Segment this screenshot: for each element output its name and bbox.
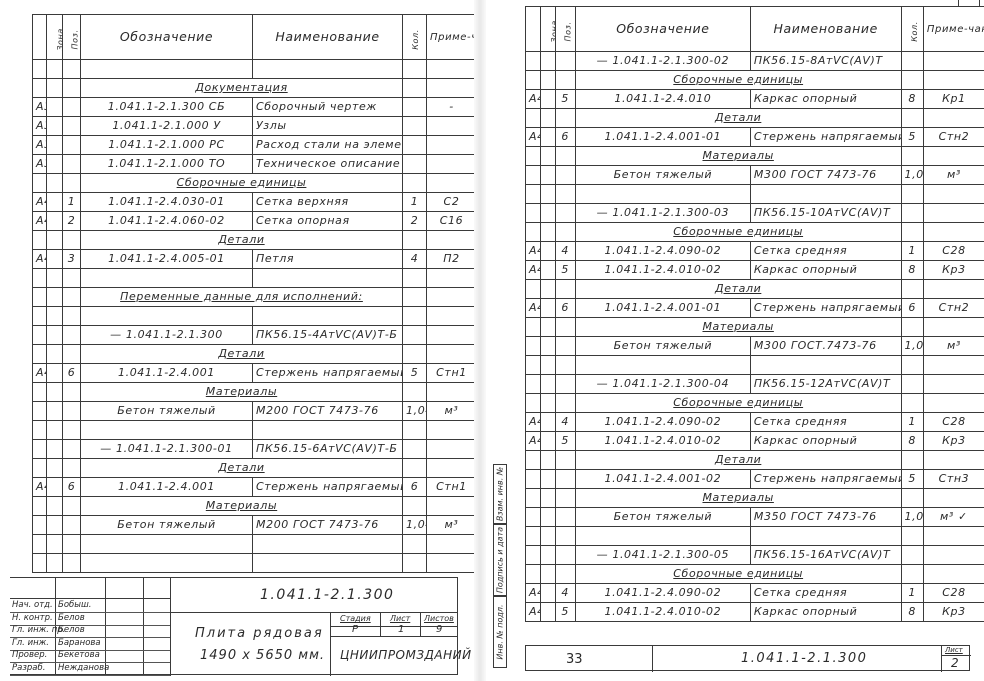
blank-row — [526, 527, 984, 546]
spec-sheet-2: ФорматЗонаПоз.ОбозначениеНаименованиеКол… — [493, 0, 984, 681]
cell-name: Расход стали на элемент — [253, 136, 403, 155]
cell-position — [63, 326, 81, 345]
cell-zone — [47, 516, 63, 535]
cell-designation: 1.041.1-2.4.010 — [575, 90, 750, 109]
cell-quantity: 4 — [403, 250, 427, 269]
cell-quantity: 8 — [901, 261, 923, 280]
cell-name: ПК56.15-10АтⅤС(АⅤ)Т — [750, 204, 901, 223]
table-header: ФорматЗонаПоз.ОбозначениеНаименованиеКол… — [526, 7, 984, 52]
cell-note: С28 — [923, 584, 984, 603]
cell-name: ПК56.15-8АтⅤС(АⅤ)Т — [750, 52, 901, 71]
cell-designation: Бетон тяжелый — [575, 337, 750, 356]
cell-designation: 1.041.1-2.1.000 РС — [81, 136, 253, 155]
section-row: Материалы — [526, 147, 984, 166]
cell-position: 4 — [555, 413, 575, 432]
cell-note — [923, 52, 984, 71]
cell-name: Стержень напрягаемый — [750, 128, 901, 147]
section-row: Детали — [33, 231, 477, 250]
cell-designation: 1.041.1-2.4.010-02 — [575, 603, 750, 622]
cell-position — [63, 516, 81, 535]
cell-quantity: 1 — [901, 413, 923, 432]
cell-position: 6 — [63, 478, 81, 497]
table-row: Бетон тяжелыйМ200 ГОСТ 7473-761,04м³ — [33, 402, 477, 421]
signature-row: Нач. отд.Бобыш. — [10, 600, 170, 613]
header-designation: Обозначение — [575, 7, 750, 52]
cell-zone — [47, 478, 63, 497]
signature-name: Белов — [58, 625, 85, 635]
cell-designation: 1.041.1-2.4.090-02 — [575, 242, 750, 261]
cell-zone — [47, 98, 63, 117]
cell-position — [555, 375, 575, 394]
cell-note — [427, 326, 477, 345]
blank-row — [33, 60, 477, 79]
cell-position: 4 — [555, 242, 575, 261]
cell-quantity: 5 — [901, 470, 923, 489]
cell-name: Каркас опорный — [750, 261, 901, 280]
signature-role: Гл. инж. — [12, 638, 49, 648]
cell-quantity: 1,04 — [901, 337, 923, 356]
cell-name: ПК56.15-12АтⅤС(АⅤ)Т — [750, 375, 901, 394]
table-header: ФорматЗонаПоз.ОбозначениеНаименованиеКол… — [33, 15, 477, 60]
section-row: Материалы — [33, 383, 477, 402]
cell-quantity: 2 — [403, 212, 427, 231]
signature-name: Бобыш. — [58, 600, 91, 610]
cell-position — [63, 117, 81, 136]
cell-position: 5 — [555, 261, 575, 280]
cell-position — [555, 166, 575, 185]
cell-note — [427, 440, 477, 459]
cell-quantity — [901, 204, 923, 223]
cell-note — [427, 117, 477, 136]
section-heading: Материалы — [575, 318, 901, 337]
specification-table: ФорматЗонаПоз.ОбозначениеНаименованиеКол… — [525, 6, 984, 622]
cell-format — [33, 440, 47, 459]
signature-name: Нежданова — [58, 663, 109, 673]
cell-name: Техническое описание — [253, 155, 403, 174]
signature-row: Провер.Бекетова — [10, 650, 170, 663]
section-heading: Сборочные единицы — [81, 174, 403, 193]
cell-name: Стержень напрягаемый — [253, 364, 403, 383]
section-row: Детали — [33, 345, 477, 364]
cell-name: Сетка опорная — [253, 212, 403, 231]
cell-zone — [47, 136, 63, 155]
cell-designation: — 1.041.1-2.1.300-04 — [575, 375, 750, 394]
cell-position: 6 — [555, 299, 575, 318]
document-title: Плита рядовая — [195, 626, 324, 641]
inventory-number: 33 — [566, 652, 583, 667]
signature-row: Н. контр.Белов — [10, 613, 170, 626]
section-row: Детали — [33, 459, 477, 478]
cell-designation: 1.041.1-2.1.000 ТО — [81, 155, 253, 174]
table-row: Бетон тяжелыйМ300 ГОСТ.7473-761,04м³ — [526, 337, 984, 356]
cell-note — [427, 136, 477, 155]
cell-note — [923, 546, 984, 565]
cell-format: А4 — [33, 193, 47, 212]
cell-format: А4 — [33, 478, 47, 497]
header-zone: Зона — [47, 15, 63, 60]
cell-quantity: 1 — [901, 242, 923, 261]
header-zone: Зона — [541, 7, 555, 52]
cell-designation: 1.041.1-2.4.001 — [81, 364, 253, 383]
section-row: Сборочные единицы — [526, 223, 984, 242]
cell-name: Сетка верхняя — [253, 193, 403, 212]
stage-value: Р — [352, 624, 358, 635]
cell-zone — [47, 402, 63, 421]
header-qty: Кол. — [403, 15, 427, 60]
cell-note: С28 — [923, 413, 984, 432]
table-row: А451.041.1-2.4.010-02Каркас опорный8Кр3 — [526, 603, 984, 622]
section-heading: Материалы — [575, 147, 901, 166]
cell-zone — [47, 440, 63, 459]
cell-position — [63, 440, 81, 459]
cell-note: Кр3 — [923, 261, 984, 280]
cell-name: Стержень напрягаемый — [750, 299, 901, 318]
cell-note: П2 — [427, 250, 477, 269]
section-heading: Сборочные единицы — [575, 394, 901, 413]
section-heading: Детали — [81, 345, 403, 364]
table-row: — 1.041.1-2.1.300ПК56.15-4АтⅤС(АⅤ)Т-Б — [33, 326, 477, 345]
section-row: Сборочные единицы — [33, 174, 477, 193]
table-row: 1.041.1-2.4.001-02Стержень напрягаемый5С… — [526, 470, 984, 489]
cell-name: Каркас опорный — [750, 432, 901, 451]
cell-designation: 1.041.1-2.1.300 СБ — [81, 98, 253, 117]
organization-name: ЦНИИПРОМЗДАНИЙ — [340, 648, 472, 662]
cell-designation: 1.041.1-2.4.030-01 — [81, 193, 253, 212]
cell-position: 5 — [555, 90, 575, 109]
cell-note: м³ — [923, 337, 984, 356]
table-row: А451.041.1-2.4.010-02Каркас опорный8Кр3 — [526, 261, 984, 280]
cell-name: М200 ГОСТ 7473-76 — [253, 516, 403, 535]
cell-format — [526, 52, 541, 71]
cell-quantity: 6 — [901, 299, 923, 318]
section-row: Материалы — [526, 318, 984, 337]
cell-zone — [541, 375, 555, 394]
section-heading: Детали — [575, 451, 901, 470]
cell-designation: 1.041.1-2.4.005-01 — [81, 250, 253, 269]
cell-zone — [47, 155, 63, 174]
cell-designation: 1.041.1-2.4.001-02 — [575, 470, 750, 489]
section-row: Детали — [526, 451, 984, 470]
cell-designation: Бетон тяжелый — [81, 516, 253, 535]
table-row: Бетон тяжелыйМ300 ГОСТ 7473-761,04м³ — [526, 166, 984, 185]
cell-name: М300 ГОСТ.7473-76 — [750, 337, 901, 356]
section-row: Сборочные единицы — [526, 394, 984, 413]
header-pos: Поз. — [555, 7, 575, 52]
cell-note: Стн1 — [427, 478, 477, 497]
cell-position: 4 — [555, 584, 575, 603]
cell-zone — [541, 603, 555, 622]
section-row: Сборочные единицы — [526, 71, 984, 90]
table-row: Бетон тяжелыйМ350 ГОСТ 7473-761,04м³ ✓ — [526, 508, 984, 527]
cell-name: ПК56.15-4АтⅤС(АⅤ)Т-Б — [253, 326, 403, 345]
cell-format: А4 — [526, 299, 541, 318]
header-name: Наименование — [253, 15, 403, 60]
document-code: 1.041.1-2.1.300 — [741, 651, 867, 666]
sheet-label: Лист — [945, 646, 963, 654]
cell-quantity: 1 — [403, 193, 427, 212]
page-gutter — [474, 0, 486, 681]
section-row: Детали — [526, 109, 984, 128]
cell-quantity: 8 — [901, 90, 923, 109]
header-note: Приме-чание — [427, 15, 477, 60]
section-row: Материалы — [526, 489, 984, 508]
section-heading: Сборочные единицы — [575, 565, 901, 584]
cell-name: Каркас опорный — [750, 603, 901, 622]
cell-format: А3 — [33, 117, 47, 136]
cell-designation: 1.041.1-2.4.060-02 — [81, 212, 253, 231]
cell-designation: 1.041.1-2.4.010-02 — [575, 261, 750, 280]
table-row: А421.041.1-2.4.060-02Сетка опорная2С16 — [33, 212, 477, 231]
cell-format — [33, 402, 47, 421]
header-format: Формат — [33, 15, 47, 60]
cell-note: м³ — [427, 516, 477, 535]
cell-quantity — [403, 117, 427, 136]
section-heading: Материалы — [575, 489, 901, 508]
cell-quantity: 1 — [901, 584, 923, 603]
sheets-value: 9 — [436, 624, 442, 635]
cell-position — [555, 204, 575, 223]
section-heading: Сборочные единицы — [575, 71, 901, 90]
signature-role: Провер. — [12, 650, 47, 660]
cell-note: Стн1 — [427, 364, 477, 383]
signature-row: Гл. инж.Баранова — [10, 638, 170, 651]
cell-zone — [541, 52, 555, 71]
cell-name: М200 ГОСТ 7473-76 — [253, 402, 403, 421]
cell-quantity — [403, 155, 427, 174]
cell-format: А4 — [526, 128, 541, 147]
cell-zone — [541, 337, 555, 356]
cell-position: 3 — [63, 250, 81, 269]
margin-label-signature-date: Подпись и дата — [493, 524, 507, 596]
cell-note: Стн3 — [923, 470, 984, 489]
cell-note: Кр3 — [923, 432, 984, 451]
cell-format: А4 — [526, 432, 541, 451]
cell-name: Петля — [253, 250, 403, 269]
cell-format — [526, 337, 541, 356]
cell-zone — [47, 364, 63, 383]
table-row: А451.041.1-2.4.010Каркас опорный8Кр1 — [526, 90, 984, 109]
cell-quantity — [403, 98, 427, 117]
sheets-label: Листов — [424, 614, 454, 623]
section-heading: Материалы — [81, 383, 403, 402]
cell-note: м³ — [923, 166, 984, 185]
cell-designation: — 1.041.1-2.1.300-01 — [81, 440, 253, 459]
table-row: — 1.041.1-2.1.300-01ПК56.15-6АтⅤС(АⅤ)Т-Б — [33, 440, 477, 459]
cell-quantity — [403, 440, 427, 459]
cell-quantity: 6 — [403, 478, 427, 497]
cell-designation: 1.041.1-2.4.090-02 — [575, 413, 750, 432]
margin-label-original-inv: Инв. № подл. — [493, 596, 507, 668]
table-row: — 1.041.1-2.1.300-02ПК56.15-8АтⅤС(АⅤ)Т — [526, 52, 984, 71]
section-heading: Детали — [575, 109, 901, 128]
sheet-number: 2 — [951, 656, 959, 670]
section-row: Материалы — [33, 497, 477, 516]
cell-name: ПК56.15-16АтⅤС(АⅤ)Т — [750, 546, 901, 565]
cell-position: 6 — [63, 364, 81, 383]
cell-zone — [47, 193, 63, 212]
cell-zone — [541, 470, 555, 489]
cell-zone — [541, 299, 555, 318]
cell-zone — [541, 546, 555, 565]
section-heading: Материалы — [81, 497, 403, 516]
cell-designation: 1.041.1-2.4.001-01 — [575, 128, 750, 147]
table-row: А431.041.1-2.4.005-01Петля4П2 — [33, 250, 477, 269]
cell-name: Сетка средняя — [750, 584, 901, 603]
cell-quantity: 1,04 — [403, 516, 427, 535]
cell-position: 2 — [63, 212, 81, 231]
cell-position — [555, 337, 575, 356]
header-format: Формат — [526, 7, 541, 52]
table-row: — 1.041.1-2.1.300-03ПК56.15-10АтⅤС(АⅤ)Т — [526, 204, 984, 223]
cell-quantity: 8 — [901, 432, 923, 451]
cell-format — [33, 326, 47, 345]
cell-quantity: 1,04 — [901, 508, 923, 527]
title-block: 1.041.1-2.1.300 Плита рядовая 1490 x 565… — [10, 577, 458, 675]
cell-note: - — [427, 98, 477, 117]
table-row: А31.041.1-2.1.000 РСРасход стали на элем… — [33, 136, 477, 155]
cell-format: А3 — [33, 155, 47, 174]
cell-quantity: 5 — [901, 128, 923, 147]
table-row: Бетон тяжелыйМ200 ГОСТ 7473-761,04м³ — [33, 516, 477, 535]
cell-format: А4 — [526, 242, 541, 261]
section-row: Детали — [526, 280, 984, 299]
cell-zone — [47, 117, 63, 136]
cell-note: С16 — [427, 212, 477, 231]
blank-row — [33, 269, 477, 288]
cell-format — [526, 508, 541, 527]
table-row: А31.041.1-2.1.000 УУзлы — [33, 117, 477, 136]
cell-zone — [541, 90, 555, 109]
cell-quantity — [403, 136, 427, 155]
cell-position — [555, 546, 575, 565]
cell-format — [526, 375, 541, 394]
cell-quantity: 1,04 — [403, 402, 427, 421]
cell-designation: 1.041.1-2.4.001-01 — [575, 299, 750, 318]
cell-name: Сборочный чертеж — [253, 98, 403, 117]
cell-name: М350 ГОСТ 7473-76 — [750, 508, 901, 527]
cell-note — [923, 375, 984, 394]
cell-position — [63, 98, 81, 117]
cell-designation: — 1.041.1-2.1.300-03 — [575, 204, 750, 223]
cell-designation: Бетон тяжелый — [81, 402, 253, 421]
section-heading: Детали — [81, 231, 403, 250]
cell-quantity — [901, 546, 923, 565]
spec-sheet-1: ФорматЗонаПоз.ОбозначениеНаименованиеКол… — [0, 0, 470, 681]
cell-format: А4 — [526, 584, 541, 603]
cell-zone — [47, 250, 63, 269]
document-code: 1.041.1-2.1.300 — [260, 587, 394, 603]
cell-quantity — [901, 52, 923, 71]
cell-designation: Бетон тяжелый — [575, 166, 750, 185]
cell-note: м³ — [427, 402, 477, 421]
signature-name: Белов — [58, 613, 85, 623]
signature-row: Разраб.Нежданова — [10, 663, 170, 676]
cell-name: М300 ГОСТ 7473-76 — [750, 166, 901, 185]
signature-role: Разраб. — [12, 663, 45, 673]
cell-name: Каркас опорный — [750, 90, 901, 109]
section-heading: Сборочные единицы — [575, 223, 901, 242]
cell-note: С28 — [923, 242, 984, 261]
sheet-label: Лист — [390, 614, 410, 623]
blank-row — [33, 307, 477, 326]
cell-designation: 1.041.1-2.1.000 У — [81, 117, 253, 136]
signature-role: Нач. отд. — [12, 600, 53, 610]
table-row: А461.041.1-2.4.001-01Стержень напрягаемы… — [526, 299, 984, 318]
table-row: А461.041.1-2.4.001Стержень напрягаемый6С… — [33, 478, 477, 497]
cell-format: А4 — [33, 364, 47, 383]
cell-note: Стн2 — [923, 299, 984, 318]
table-row: — 1.041.1-2.1.300-05ПК56.15-16АтⅤС(АⅤ)Т — [526, 546, 984, 565]
cell-name: ПК56.15-6АтⅤС(АⅤ)Т-Б — [253, 440, 403, 459]
cell-quantity — [901, 375, 923, 394]
cell-zone — [47, 212, 63, 231]
table-row: А461.041.1-2.4.001-01Стержень напрягаемы… — [526, 128, 984, 147]
cell-designation: 1.041.1-2.4.090-02 — [575, 584, 750, 603]
cell-format — [526, 546, 541, 565]
signature-row: Гл. инж. пр.Белов — [10, 625, 170, 638]
cell-position — [555, 470, 575, 489]
cell-quantity: 1,04 — [901, 166, 923, 185]
section-row: Переменные данные для исполнений: — [33, 288, 477, 307]
document-dimensions: 1490 x 5650 мм. — [200, 648, 325, 663]
signature-role: Н. контр. — [12, 613, 53, 623]
table-row: А461.041.1-2.4.001Стержень напрягаемый5С… — [33, 364, 477, 383]
cell-position: 1 — [63, 193, 81, 212]
cell-designation: 1.041.1-2.4.010-02 — [575, 432, 750, 451]
table-row: А441.041.1-2.4.090-02Сетка средняя1С28 — [526, 413, 984, 432]
cell-note: С2 — [427, 193, 477, 212]
cell-format: А4 — [526, 90, 541, 109]
section-heading: Переменные данные для исполнений: — [81, 288, 403, 307]
cell-zone — [541, 242, 555, 261]
cell-quantity: 8 — [901, 603, 923, 622]
cell-zone — [541, 166, 555, 185]
cell-position — [555, 508, 575, 527]
margin-label-replacement-inv: Взам. инв. № — [493, 464, 507, 524]
specification-table: ФорматЗонаПоз.ОбозначениеНаименованиеКол… — [32, 14, 477, 573]
table-row: А411.041.1-2.4.030-01Сетка верхняя1С2 — [33, 193, 477, 212]
table-row: А441.041.1-2.4.090-02Сетка средняя1С28 — [526, 242, 984, 261]
cell-position: 5 — [555, 603, 575, 622]
cell-note: м³ ✓ — [923, 508, 984, 527]
cell-zone — [541, 128, 555, 147]
header-pos: Поз. — [63, 15, 81, 60]
cell-format: А4 — [526, 261, 541, 280]
cell-zone — [541, 413, 555, 432]
cell-format: А4 — [33, 212, 47, 231]
cell-format — [33, 516, 47, 535]
cell-position — [63, 155, 81, 174]
stage-label: Стадия — [340, 614, 371, 623]
header-designation: Обозначение — [81, 15, 253, 60]
cell-note — [923, 204, 984, 223]
header-name: Наименование — [750, 7, 901, 52]
blank-row — [33, 554, 477, 573]
cell-zone — [541, 261, 555, 280]
table-row: А441.041.1-2.4.090-02Сетка средняя1С28 — [526, 584, 984, 603]
cell-designation: — 1.041.1-2.1.300 — [81, 326, 253, 345]
cell-note: Кр1 — [923, 90, 984, 109]
cell-name: Узлы — [253, 117, 403, 136]
cell-note: Стн2 — [923, 128, 984, 147]
cell-format: А3 — [33, 136, 47, 155]
cell-designation: — 1.041.1-2.1.300-02 — [575, 52, 750, 71]
table-row: А451.041.1-2.4.010-02Каркас опорный8Кр3 — [526, 432, 984, 451]
cell-format: А4 — [526, 413, 541, 432]
blank-row — [33, 421, 477, 440]
cell-zone — [47, 326, 63, 345]
sheet-value: 1 — [398, 624, 404, 635]
